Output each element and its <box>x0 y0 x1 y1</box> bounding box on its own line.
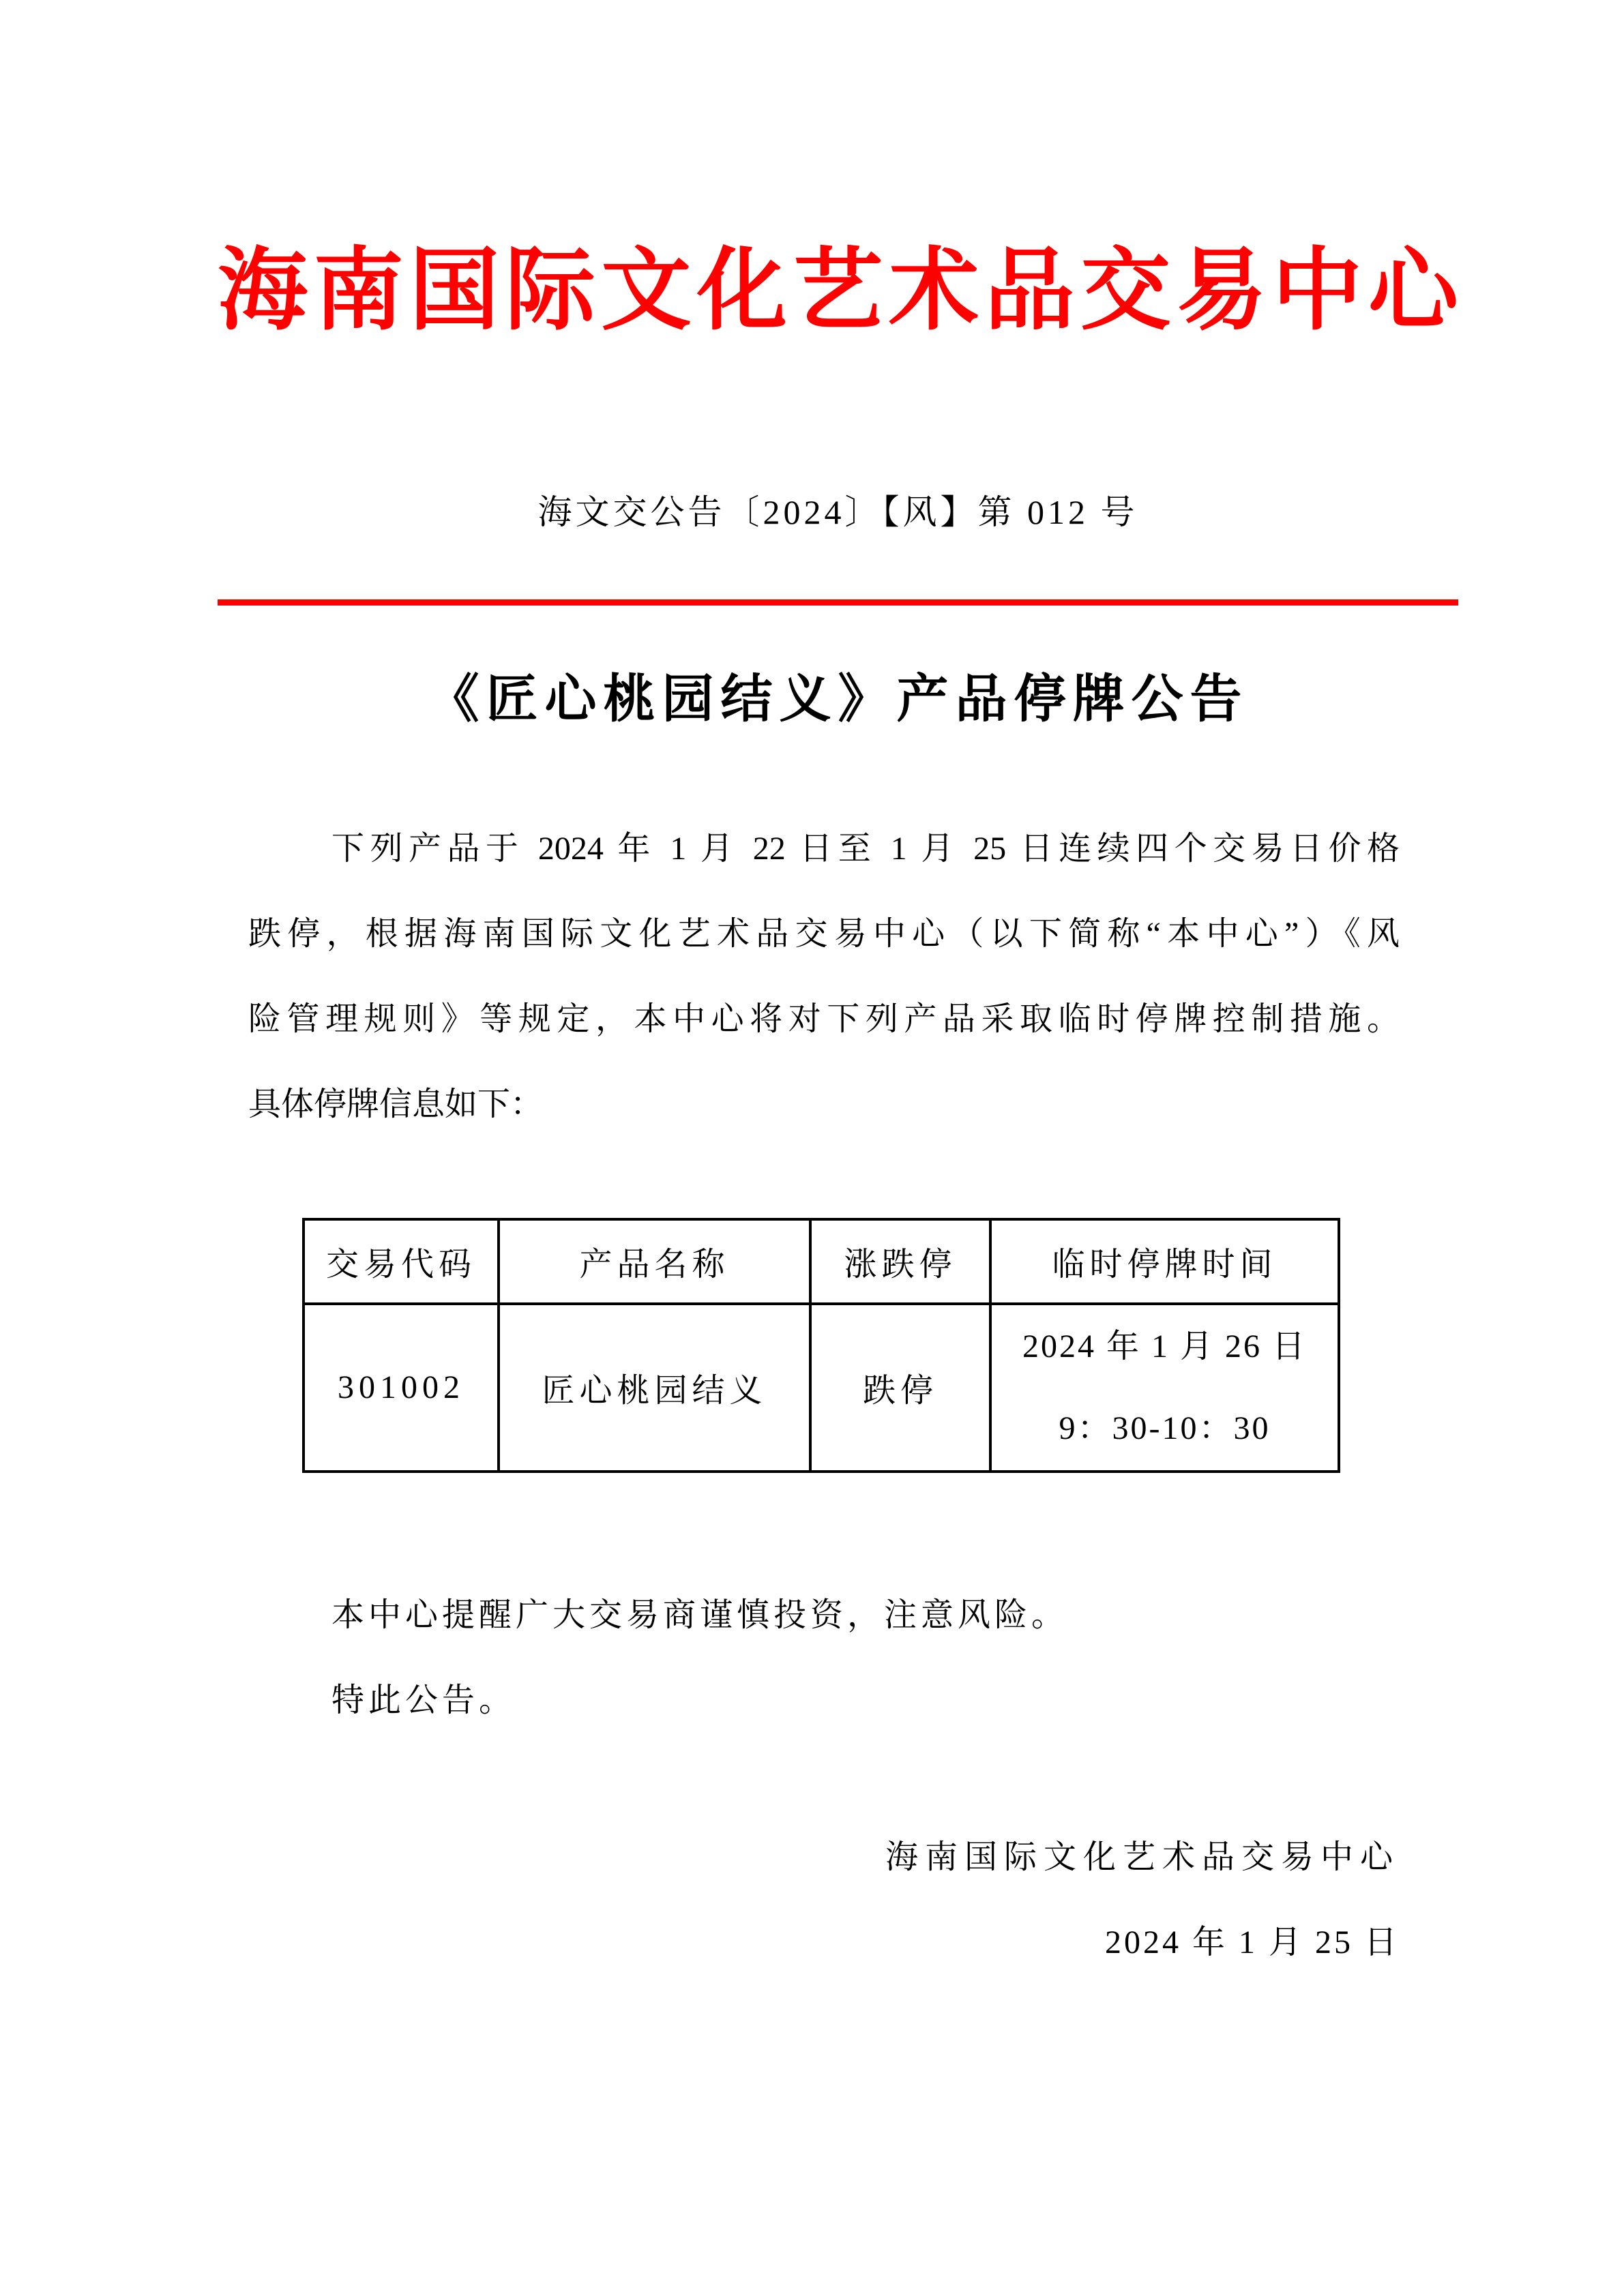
suspension-date-text: 2024 年 1 月 26 日 <box>992 1306 1338 1388</box>
paragraph-line-2: 跌停，根据海南国际文化艺术品交易中心（以下简称“本中心”）《风 <box>248 891 1400 976</box>
suspension-table-wrap: 交易代码 产品名称 涨跌停 临时停牌时间 301002 匠心桃园结义 跌停 20… <box>302 1218 1458 1473</box>
announcement-title: 《匠心桃园结义》产品停牌公告 <box>218 672 1458 728</box>
formal-closing-line: 特此公告。 <box>248 1658 1400 1743</box>
suspension-hours-text: 9：30-10：30 <box>992 1388 1338 1470</box>
cell-trade-code: 301002 <box>304 1304 499 1472</box>
paragraph-line-1: 下列产品于 2024 年 1 月 22 日至 1 月 25 日连续四个交易日价格 <box>248 806 1400 891</box>
table-header-row: 交易代码 产品名称 涨跌停 临时停牌时间 <box>304 1219 1339 1304</box>
document-content: 海南国际文化艺术品交易中心 海文交公告〔2024〕【风】第 012 号 《匠心桃… <box>218 0 1458 1985</box>
col-header-limit-status: 涨跌停 <box>810 1219 990 1304</box>
body-paragraph: 下列产品于 2024 年 1 月 22 日至 1 月 25 日连续四个交易日价格… <box>218 806 1458 1147</box>
table-row: 301002 匠心桃园结义 跌停 2024 年 1 月 26 日 9：30-10… <box>304 1304 1339 1472</box>
paragraph-line-4: 具体停牌信息如下： <box>248 1062 1400 1147</box>
red-divider-line <box>218 599 1458 606</box>
suspension-table: 交易代码 产品名称 涨跌停 临时停牌时间 301002 匠心桃园结义 跌停 20… <box>302 1218 1340 1473</box>
org-masthead-title: 海南国际文化艺术品交易中心 <box>218 244 1458 339</box>
signature-org: 海南国际文化艺术品交易中心 <box>248 1815 1400 1900</box>
risk-reminder-line: 本中心提醒广大交易商谨慎投资，注意风险。 <box>248 1572 1400 1658</box>
col-header-product-name: 产品名称 <box>499 1219 810 1304</box>
paragraph-line-3: 险管理规则》等规定，本中心将对下列产品采取临时停牌控制措施。 <box>248 976 1400 1062</box>
signature-date: 2024 年 1 月 25 日 <box>248 1900 1400 1985</box>
col-header-trade-code: 交易代码 <box>304 1219 499 1304</box>
closing-section: 本中心提醒广大交易商谨慎投资，注意风险。 特此公告。 海南国际文化艺术品交易中心… <box>218 1572 1458 1985</box>
document-page: 海南国际文化艺术品交易中心 海文交公告〔2024〕【风】第 012 号 《匠心桃… <box>0 0 1624 2296</box>
cell-limit-status: 跌停 <box>810 1304 990 1472</box>
cell-product-name: 匠心桃园结义 <box>499 1304 810 1472</box>
col-header-suspension-time: 临时停牌时间 <box>990 1219 1339 1304</box>
doc-number: 海文交公告〔2024〕【风】第 012 号 <box>218 494 1458 531</box>
cell-suspension-time: 2024 年 1 月 26 日 9：30-10：30 <box>990 1304 1339 1472</box>
